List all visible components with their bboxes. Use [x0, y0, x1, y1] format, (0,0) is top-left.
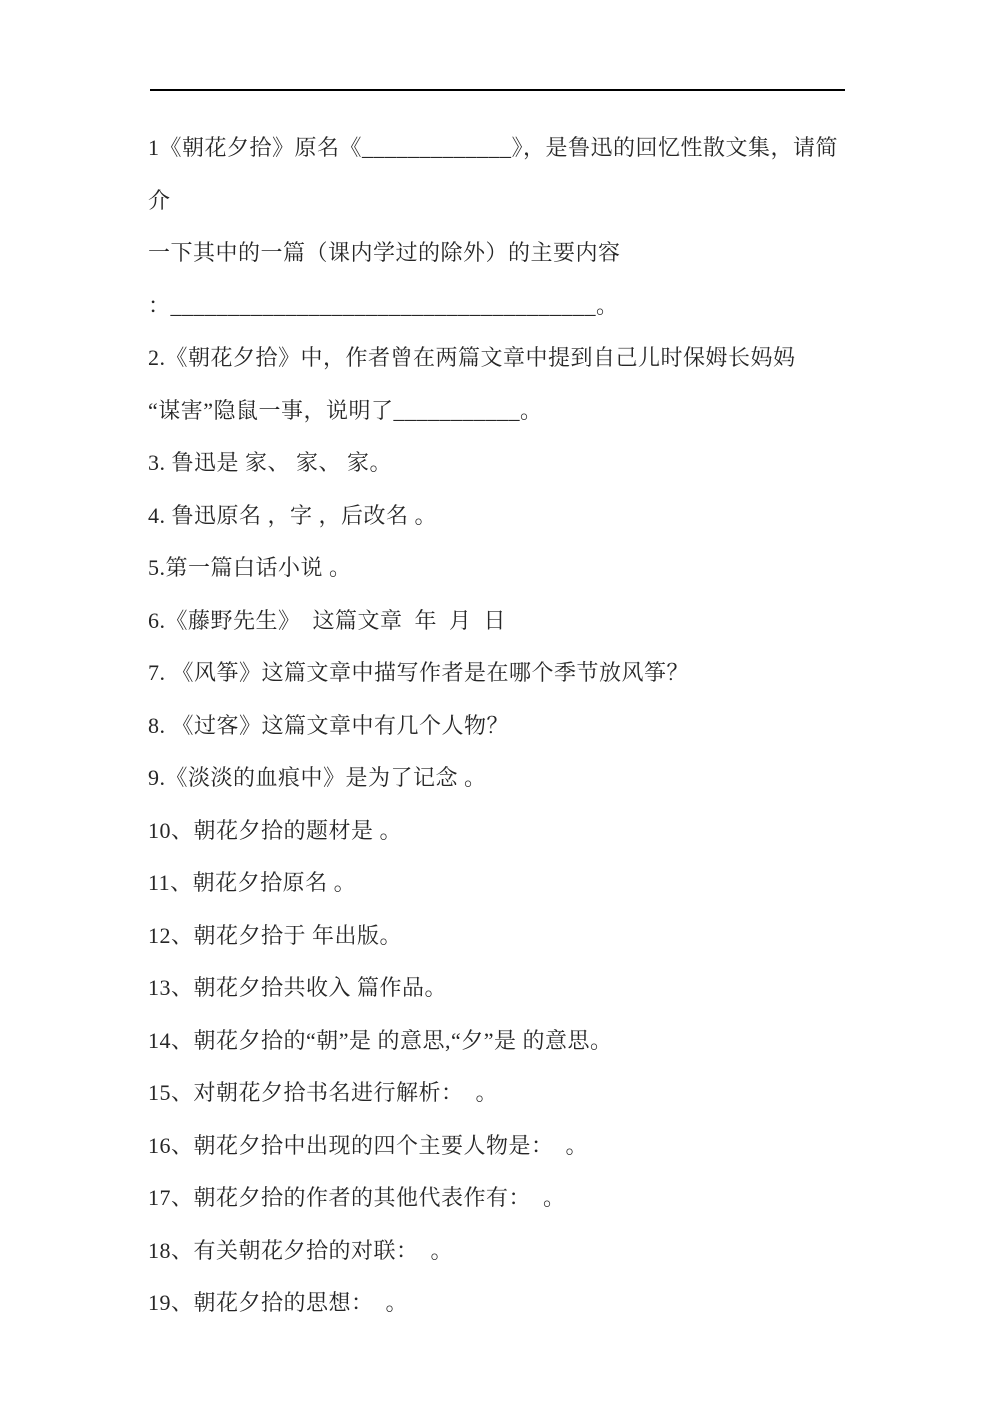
- document-body: 1《朝花夕拾》原名《_____________》，是鲁迅的回忆性散文集，请简介 …: [148, 122, 860, 1330]
- question-line-12: 9.《淡淡的血痕中》是为了记念 。: [148, 752, 860, 805]
- question-line-18: 15、对朝花夕拾书名进行解析： 。: [148, 1067, 860, 1120]
- question-line-2: 一下其中的一篇（课内学过的除外）的主要内容: [148, 227, 860, 280]
- document-page: 1《朝花夕拾》原名《_____________》，是鲁迅的回忆性散文集，请简介 …: [0, 0, 993, 1404]
- question-line-3: ：_____________________________________。: [148, 280, 860, 333]
- question-line-4: 2.《朝花夕拾》中，作者曾在两篇文章中提到自己儿时保姆长妈妈: [148, 332, 860, 385]
- question-line-22: 19、朝花夕拾的思想： 。: [148, 1277, 860, 1330]
- question-line-20: 17、朝花夕拾的作者的其他代表作有： 。: [148, 1172, 860, 1225]
- question-line-5: “谋害”隐鼠一事，说明了___________。: [148, 385, 860, 438]
- question-line-14: 11、朝花夕拾原名 。: [148, 857, 860, 910]
- question-line-13: 10、朝花夕拾的题材是 。: [148, 805, 860, 858]
- question-line-6: 3. 鲁迅是 家、 家、 家。: [148, 437, 860, 490]
- question-line-10: 7. 《风筝》这篇文章中描写作者是在哪个季节放风筝？: [148, 647, 860, 700]
- question-line-11: 8. 《过客》这篇文章中有几个人物？: [148, 700, 860, 753]
- question-line-1: 1《朝花夕拾》原名《_____________》，是鲁迅的回忆性散文集，请简介: [148, 122, 860, 227]
- question-line-16: 13、朝花夕拾共收入 篇作品。: [148, 962, 860, 1015]
- question-line-17: 14、朝花夕拾的“朝”是 的意思,“夕”是 的意思。: [148, 1015, 860, 1068]
- question-line-21: 18、有关朝花夕拾的对联： 。: [148, 1225, 860, 1278]
- question-line-19: 16、朝花夕拾中出现的四个主要人物是： 。: [148, 1120, 860, 1173]
- question-line-15: 12、朝花夕拾于 年出版。: [148, 910, 860, 963]
- header-rule: [150, 89, 845, 91]
- question-line-7: 4. 鲁迅原名 ，字 ，后改名 。: [148, 490, 860, 543]
- question-line-8: 5.第一篇白话小说 。: [148, 542, 860, 595]
- question-line-9: 6.《藤野先生》 这篇文章 年 月 日: [148, 595, 860, 648]
